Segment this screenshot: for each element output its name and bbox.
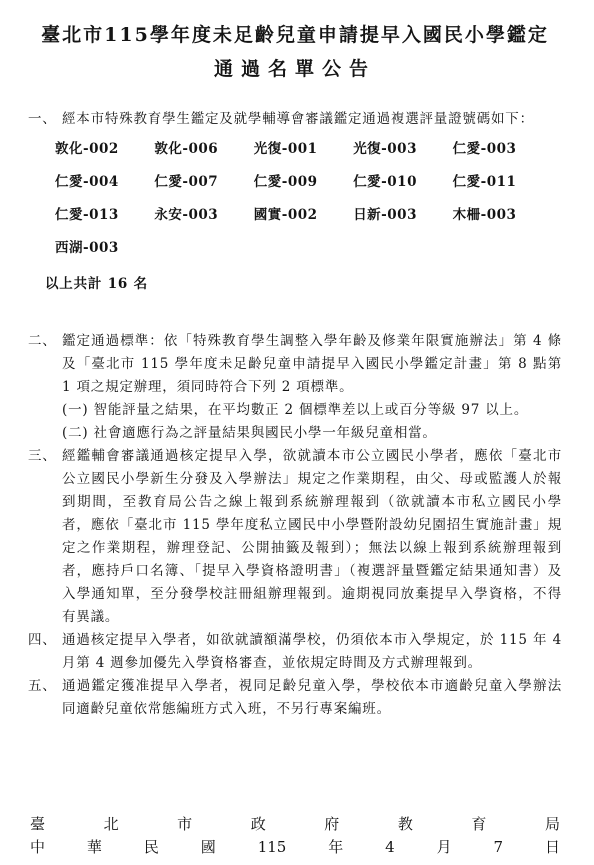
date-token: 華 xyxy=(87,836,102,859)
item-2-criterion-2: (二) 社會適應行為之評量結果與國民小學一年級兒童相當。 xyxy=(62,422,562,445)
date-token: 月 xyxy=(437,836,452,859)
passed-code-list: 敦化-002 敦化-006 光復-001 光復-003 仁愛-003 仁愛-00… xyxy=(55,139,552,259)
item-3-row: 三、 經鑑輔會審議通過核定提早入學，欲就讀本市公立國民小學者，應依「臺北市公立國… xyxy=(28,445,562,629)
issuer-char: 教 xyxy=(398,813,413,836)
total-count: 以上共計 16 名 xyxy=(45,273,562,296)
item-5-text: 通過鑑定獲准提早入學者，視同足齡兒童入學，學校依本市適齡兒童入學辦法同適齡兒童依… xyxy=(62,675,562,721)
doc-title-line1: 臺北市115學年度未足齡兒童申請提早入國民小學鑑定 xyxy=(28,20,562,50)
exam-code: 仁愛-009 xyxy=(254,172,353,193)
issuer-char: 市 xyxy=(177,813,192,836)
issuer-char: 育 xyxy=(471,813,486,836)
date-token: 民 xyxy=(144,836,159,859)
item-1-number: 一、 xyxy=(28,108,62,131)
exam-code: 木柵-003 xyxy=(453,205,552,226)
item-1-text-col: 經本市特殊教育學生鑑定及就學輔導會審議鑑定通過複選評量證號碼如下： xyxy=(62,108,562,131)
item-2-criterion-1: (一) 智能評量之結果，在平均數正 2 個標準差以上或百分等級 97 以上。 xyxy=(62,399,562,422)
item-5-text-col: 通過鑑定獲准提早入學者，視同足齡兒童入學，學校依本市適齡兒童入學辦法同適齡兒童依… xyxy=(62,675,562,721)
date-token: 7 xyxy=(494,836,504,859)
date-token: 國 xyxy=(201,836,216,859)
section-item-1: 一、 經本市特殊教育學生鑑定及就學輔導會審議鑑定通過複選評量證號碼如下： 敦化-… xyxy=(28,108,562,296)
item-4-text: 通過核定提早入學者，如欲就讀額滿學校，仍須依本市入學規定，於 115 年 4 月… xyxy=(62,629,562,675)
item-5-row: 五、 通過鑑定獲准提早入學者，視同足齡兒童入學，學校依本市適齡兒童入學辦法同適齡… xyxy=(28,675,562,721)
section-item-2: 二、 鑑定通過標準：依「特殊教育學生調整入學年齡及修業年限實施辦法」第 4 條及… xyxy=(28,330,562,445)
item-5-number: 五、 xyxy=(28,675,62,698)
item-3-text-col: 經鑑輔會審議通過核定提早入學，欲就讀本市公立國民小學者，應依「臺北市公立國民小學… xyxy=(62,445,562,629)
issuer-char: 臺 xyxy=(30,813,45,836)
announcement-document: 臺北市115學年度未足齡兒童申請提早入國民小學鑑定 通過名單公告 一、 經本市特… xyxy=(0,0,594,865)
exam-code: 西湖-003 xyxy=(55,238,154,259)
exam-code: 仁愛-003 xyxy=(453,139,552,160)
exam-code: 日新-003 xyxy=(353,205,452,226)
item-2-text-col: 鑑定通過標準：依「特殊教育學生調整入學年齡及修業年限實施辦法」第 4 條及「臺北… xyxy=(62,330,562,445)
date-line: 中 華 民 國 115 年 4 月 7 日 xyxy=(30,836,560,859)
item-4-number: 四、 xyxy=(28,629,62,652)
exam-code: 光復-003 xyxy=(353,139,452,160)
date-token: 日 xyxy=(545,836,560,859)
section-item-3: 三、 經鑑輔會審議通過核定提早入學，欲就讀本市公立國民小學者，應依「臺北市公立國… xyxy=(28,445,562,629)
issuer-line: 臺 北 市 政 府 教 育 局 xyxy=(30,813,560,836)
date-token: 115 xyxy=(258,836,287,859)
section-item-4: 四、 通過核定提早入學者，如欲就讀額滿學校，仍須依本市入學規定，於 115 年 … xyxy=(28,629,562,675)
exam-code: 永安-003 xyxy=(154,205,253,226)
exam-code: 仁愛-010 xyxy=(353,172,452,193)
date-token: 4 xyxy=(385,836,395,859)
item-3-text: 經鑑輔會審議通過核定提早入學，欲就讀本市公立國民小學者，應依「臺北市公立國民小學… xyxy=(62,445,562,629)
exam-code: 敦化-006 xyxy=(154,139,253,160)
exam-code: 敦化-002 xyxy=(55,139,154,160)
date-token: 年 xyxy=(328,836,343,859)
section-item-5: 五、 通過鑑定獲准提早入學者，視同足齡兒童入學，學校依本市適齡兒童入學辦法同適齡… xyxy=(28,675,562,721)
exam-code: 仁愛-007 xyxy=(154,172,253,193)
item-4-text-col: 通過核定提早入學者，如欲就讀額滿學校，仍須依本市入學規定，於 115 年 4 月… xyxy=(62,629,562,675)
issuer-char: 政 xyxy=(251,813,266,836)
item-4-row: 四、 通過核定提早入學者，如欲就讀額滿學校，仍須依本市入學規定，於 115 年 … xyxy=(28,629,562,675)
doc-title-line2: 通過名單公告 xyxy=(28,54,562,84)
item-2-text: 鑑定通過標準：依「特殊教育學生調整入學年齡及修業年限實施辦法」第 4 條及「臺北… xyxy=(62,330,562,399)
exam-code: 仁愛-013 xyxy=(55,205,154,226)
issuer-char: 府 xyxy=(324,813,339,836)
issuer-char: 局 xyxy=(545,813,560,836)
date-token: 中 xyxy=(30,836,45,859)
exam-code: 仁愛-004 xyxy=(55,172,154,193)
exam-code: 仁愛-011 xyxy=(453,172,552,193)
item-2-row: 二、 鑑定通過標準：依「特殊教育學生調整入學年齡及修業年限實施辦法」第 4 條及… xyxy=(28,330,562,445)
exam-code: 光復-001 xyxy=(254,139,353,160)
exam-code: 國實-002 xyxy=(254,205,353,226)
item-3-number: 三、 xyxy=(28,445,62,468)
issuer-char: 北 xyxy=(104,813,119,836)
item-2-number: 二、 xyxy=(28,330,62,353)
item-1-text: 經本市特殊教育學生鑑定及就學輔導會審議鑑定通過複選評量證號碼如下： xyxy=(62,108,562,131)
item-1-row: 一、 經本市特殊教育學生鑑定及就學輔導會審議鑑定通過複選評量證號碼如下： xyxy=(28,108,562,131)
document-footer: 臺 北 市 政 府 教 育 局 中 華 民 國 115 年 4 月 7 日 xyxy=(30,813,560,859)
